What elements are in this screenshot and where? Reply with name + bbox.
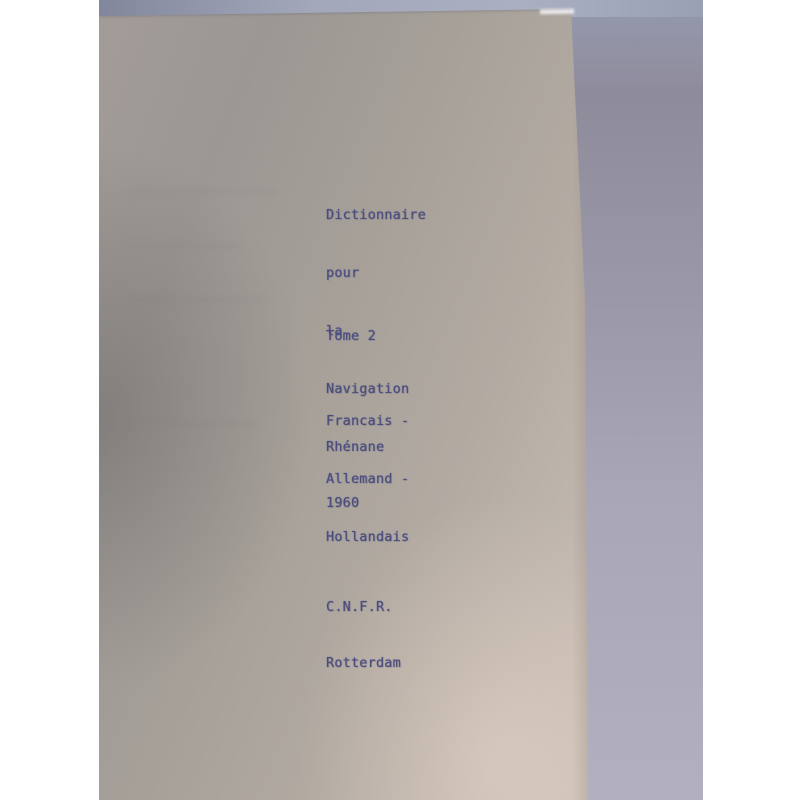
page-corner-highlight	[540, 9, 574, 15]
title-line: pour	[326, 260, 426, 286]
publisher-info: C.N.F.R. Rotterdam	[326, 563, 409, 707]
page-showthrough-smudge	[125, 420, 255, 427]
volume-label: Tome 2	[326, 323, 376, 349]
book-photo: Dictionnaire pour la Navigation Rhénane …	[99, 0, 703, 800]
title-page: Dictionnaire pour la Navigation Rhénane …	[99, 0, 588, 800]
page-showthrough-smudge	[129, 296, 269, 303]
typewritten-text-block: Dictionnaire pour la Navigation Rhénane …	[326, 0, 556, 176]
language-list: Francais - Allemand - Hollandais	[326, 376, 409, 582]
publisher-line: C.N.F.R.	[326, 595, 409, 619]
page-showthrough-smudge	[127, 188, 277, 195]
title-line: Dictionnaire	[326, 202, 426, 228]
year-label: 1960	[326, 490, 359, 516]
language-line: Francais -	[326, 408, 409, 434]
language-line: Allemand -	[326, 466, 409, 492]
language-line: Hollandais	[326, 524, 409, 550]
publisher-line: Rotterdam	[326, 651, 409, 675]
page-showthrough-smudge	[123, 242, 243, 249]
photo-canvas: Dictionnaire pour la Navigation Rhénane …	[0, 0, 800, 800]
